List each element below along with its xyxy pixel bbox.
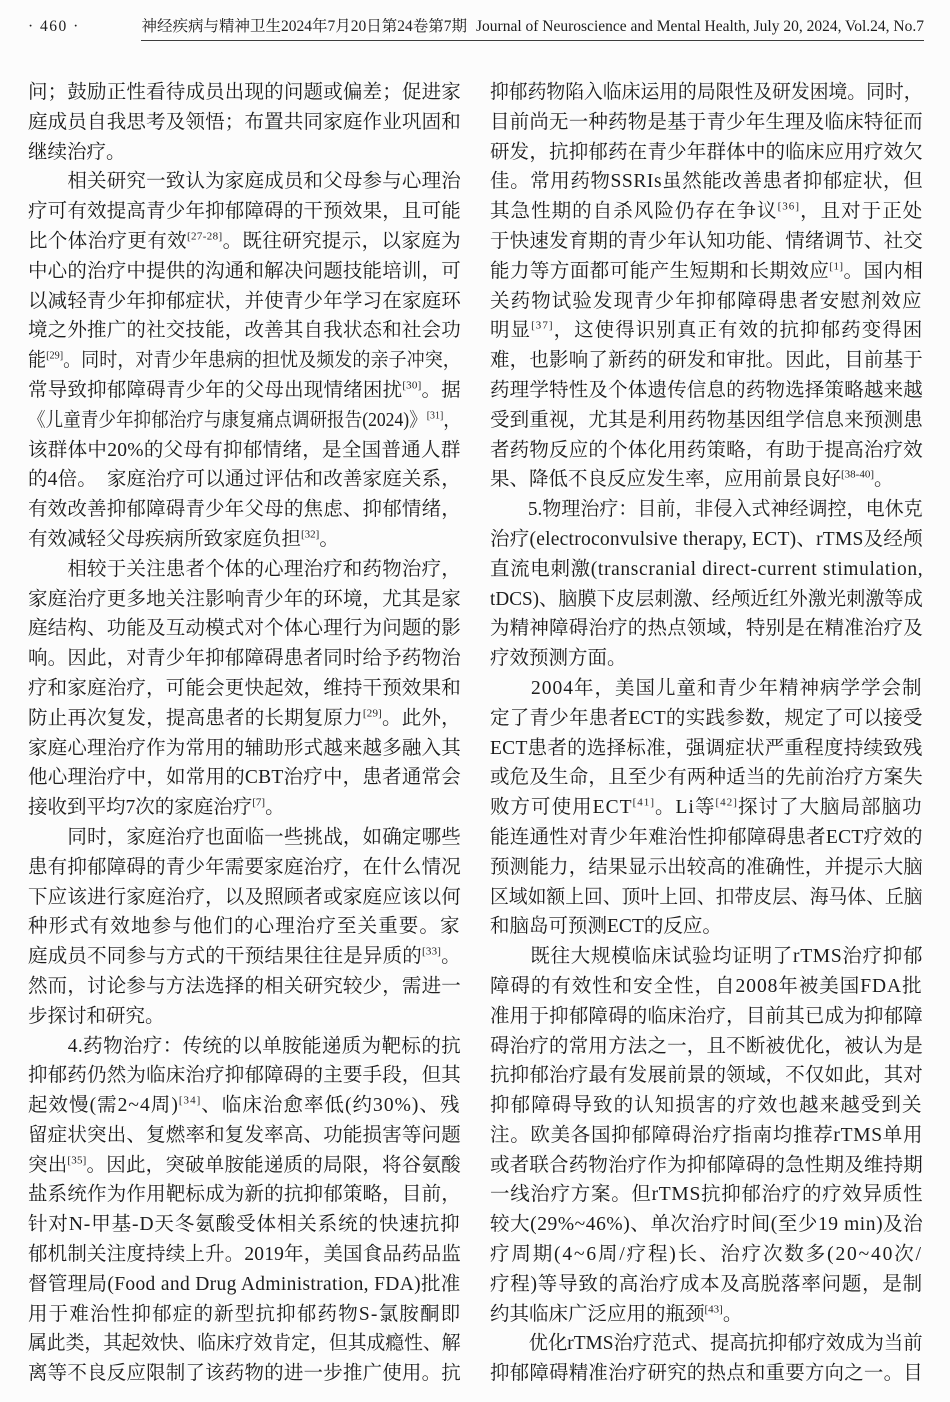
text-line: 接收到平均7次的家庭治疗[7]。 <box>28 793 461 823</box>
text-line: 一线治疗方案。但rTMS抗抑郁治疗的疗效异质性 <box>490 1180 923 1210</box>
text-line: 防止再次复发，提高患者的长期复原力[29]。此外， <box>28 704 461 734</box>
text-line: 难，也影响了新药的研发和审批。因此，目前基于 <box>490 346 923 376</box>
text-line: 相关研究一致认为家庭成员和父母参与心理治 <box>28 167 461 197</box>
text-line: ECT患者的选择标准，强调症状严重程度持续致残 <box>490 734 923 764</box>
text-line: 者药物反应的个体化用药策略，有助于提高治疗效 <box>490 436 923 466</box>
text-line: 步探讨和研究。 <box>28 1002 461 1032</box>
text-line: 其急性期的自杀风险仍存在争议[36]，且对于正处 <box>490 197 923 227</box>
journal-title-en: Journal of Neuroscience and Mental Healt… <box>476 18 924 35</box>
text-line: 常导致抑郁障碍青少年的父母出现情绪困扰[30]。据 <box>28 376 461 406</box>
text-line: 定了青少年患者ECT的实践参数，规定了可以接受 <box>490 704 923 734</box>
text-line: 于快速发育期的青少年认知功能、情绪调节、社交 <box>490 227 923 257</box>
text-line: 《儿童青少年抑郁治疗与康复痛点调研报告(2024)》[31]， <box>28 406 461 436</box>
text-line: 响。因此，对青少年抑郁障碍患者同时给予药物治 <box>28 644 461 674</box>
text-line: 针对N-甲基-D天冬氨酸受体相关系统的快速抗抑 <box>28 1210 461 1240</box>
text-line: 预测能力，结果显示出较高的准确性，并提示大脑 <box>490 853 923 883</box>
text-line: 优化rTMS治疗范式、提高抗抑郁疗效成为当前 <box>490 1329 923 1359</box>
text-line: 直流电刺激(transcranial direct-current stimul… <box>490 555 923 585</box>
text-line: 或者联合药物治疗作为抑郁障碍的急性期及维持期 <box>490 1151 923 1181</box>
text-line: 能[29]。同时，对青少年患病的担忧及频发的亲子冲突， <box>28 346 461 376</box>
text-line: 区域如额上回、顶叶上回、扣带皮层、海马体、丘脑 <box>490 883 923 913</box>
text-line: 能力等方面都可能产生短期和长期效应[1]。国内相 <box>490 257 923 287</box>
text-line: 属此类，其起效快、临床疗效肯定，但其成瘾性、解 <box>28 1329 461 1359</box>
text-line: 疗程)等导致的高治疗成本及高脱落率问题，是制 <box>490 1270 923 1300</box>
text-line: 下应该进行家庭治疗，以及照顾者或家庭应该以何 <box>28 883 461 913</box>
text-line: tDCS)、脑膜下皮层刺激、经颅近红外激光刺激等成 <box>490 585 923 615</box>
text-line: 碍治疗的常用方法之一，且不断被优化，被认为是 <box>490 1032 923 1062</box>
text-line: 有效改善抑郁障碍青少年父母的焦虑、抑郁情绪， <box>28 495 461 525</box>
text-line: 抑郁药物陷入临床运用的局限性及研发困境。同时， <box>490 78 923 108</box>
text-line: 5.物理治疗：目前，非侵入式神经调控，电休克 <box>490 495 923 525</box>
text-line: 离等不良反应限制了该药物的进一步推广使用。抗 <box>28 1359 461 1389</box>
text-line: 疗可有效提高青少年抑郁障碍的干预效果，且可能 <box>28 197 461 227</box>
text-line: 盐系统作为作用靶标成为新的抗抑郁策略，目前， <box>28 1180 461 1210</box>
text-line: 留症状突出、复燃率和复发率高、功能损害等问题 <box>28 1121 461 1151</box>
text-line: 问；鼓励正性看待成员出现的问题或偏差；促进家 <box>28 78 461 108</box>
text-line: 突出[35]。因此，突破单胺能递质的局限，将谷氨酸 <box>28 1151 461 1181</box>
text-line: 境之外推广的社交技能，改善其自我状态和社会功 <box>28 316 461 346</box>
text-line: 既往大规模临床试验均证明了rTMS治疗抑郁 <box>490 942 923 972</box>
text-line: 目前尚无一种药物是基于青少年生理及临床特征而 <box>490 108 923 138</box>
text-line: 比个体治疗更有效[27-28]。既往研究提示，以家庭为 <box>28 227 461 257</box>
text-line: 较大(29%~46%)、单次治疗时间(至少19 min)及治 <box>490 1210 923 1240</box>
text-line: 2004年，美国儿童和青少年精神病学学会制 <box>490 674 923 704</box>
text-line: 抑郁障碍精准治疗研究的热点和重要方向之一。目 <box>490 1359 923 1389</box>
text-line: 抑郁药仍然为临床治疗抑郁障碍的主要手段，但其 <box>28 1061 461 1091</box>
text-line: 受到重视，尤其是利用药物基因组学信息来预测患 <box>490 406 923 436</box>
text-line: 起效慢(需2~4周)[34]、临床治愈率低(约30%)、残 <box>28 1091 461 1121</box>
text-line: 庭成员自我思考及领悟；布置共同家庭作业巩固和 <box>28 108 461 138</box>
text-line: 败方可使用ECT[41]。Li等[42]探讨了大脑局部脑功 <box>490 793 923 823</box>
text-line: 该群体中20%的父母有抑郁情绪，是全国普通人群 <box>28 436 461 466</box>
text-line: 家庭心理治疗作为常用的辅助形式越来越多融入其 <box>28 734 461 764</box>
text-line: 以减轻青少年抑郁症状，并使青少年学习在家庭环 <box>28 287 461 317</box>
journal-page: · 460 · 神经疾病与精神卫生2024年7月20日第24卷第7期Journa… <box>0 0 950 1402</box>
text-line: 约其临床广泛应用的瓶颈[43]。 <box>490 1300 923 1330</box>
text-line: 明显[37]，这使得识别真正有效的抗抑郁药变得困 <box>490 316 923 346</box>
text-line: 庭结构、功能及互动模式对个体心理行为问题的影 <box>28 614 461 644</box>
text-line: 佳。常用药物SSRIs虽然能改善患者抑郁症状，但 <box>490 167 923 197</box>
article-body: 问；鼓励正性看待成员出现的问题或偏差；促进家庭成员自我思考及领悟；布置共同家庭作… <box>28 78 923 1389</box>
page-header: · 460 · 神经疾病与精神卫生2024年7月20日第24卷第7期Journa… <box>28 14 924 41</box>
text-line: 用于难治性抑郁症的新型抗抑郁药物S-氯胺酮即 <box>28 1300 461 1330</box>
text-line: 郁机制关注度持续上升。2019年，美国食品药品监 <box>28 1240 461 1270</box>
text-line: 继续治疗。 <box>28 138 461 168</box>
text-line: 准用于抑郁障碍的临床治疗，目前其已成为抑郁障 <box>490 1002 923 1032</box>
text-line: 同时，家庭治疗也面临一些挑战，如确定哪些 <box>28 823 461 853</box>
text-line: 然而，讨论参与方法选择的相关研究较少，需进一 <box>28 972 461 1002</box>
text-line: 能连通性对青少年难治性抑郁障碍患者ECT疗效的 <box>490 823 923 853</box>
text-line: 种形式有效地参与他们的心理治疗至关重要。家 <box>28 912 461 942</box>
text-line: 药理学特性及个体遗传信息的药物选择策略越来越 <box>490 376 923 406</box>
text-line: 他心理治疗中，如常用的CBT治疗中，患者通常会 <box>28 763 461 793</box>
text-line: 的4倍。 家庭治疗可以通过评估和改善家庭关系， <box>28 465 461 495</box>
text-line: 有效减轻父母疾病所致家庭负担[32]。 <box>28 525 461 555</box>
left-column: 问；鼓励正性看待成员出现的问题或偏差；促进家庭成员自我思考及领悟；布置共同家庭作… <box>28 78 461 1389</box>
text-line: 关药物试验发现青少年抑郁障碍患者安慰剂效应 <box>490 287 923 317</box>
text-line: 障碍的有效性和安全性，自2008年被美国FDA批 <box>490 972 923 1002</box>
text-line: 疗和家庭治疗，可能会更快起效，维持干预效果和 <box>28 674 461 704</box>
text-line: 治疗(electroconvulsive therapy, ECT)、rTMS及… <box>490 525 923 555</box>
text-line: 督管理局(Food and Drug Administration, FDA)批… <box>28 1270 461 1300</box>
text-line: 疗周期(4~6周/疗程)长、治疗次数多(20~40次/ <box>490 1240 923 1270</box>
text-line: 中心的治疗中提供的沟通和解决问题技能培训，可 <box>28 257 461 287</box>
text-line: 和脑岛可预测ECT的反应。 <box>490 912 923 942</box>
text-line: 庭成员不同参与方式的干预结果往往是异质的[33]。 <box>28 942 461 972</box>
text-line: 疗效预测方面。 <box>490 644 923 674</box>
right-column: 抑郁药物陷入临床运用的局限性及研发困境。同时，目前尚无一种药物是基于青少年生理及… <box>490 78 923 1389</box>
journal-title: 神经疾病与精神卫生2024年7月20日第24卷第7期Journal of Neu… <box>141 14 924 41</box>
text-line: 果、降低不良反应发生率，应用前景良好[38-40]。 <box>490 465 923 495</box>
text-line: 为精神障碍治疗的热点领域，特别是在精准治疗及 <box>490 614 923 644</box>
page-number: · 460 · <box>28 18 80 36</box>
text-line: 研发，抗抑郁药在青少年群体中的临床应用疗效欠 <box>490 138 923 168</box>
text-line: 相较于关注患者个体的心理治疗和药物治疗， <box>28 555 461 585</box>
text-line: 患有抑郁障碍的青少年需要家庭治疗，在什么情况 <box>28 853 461 883</box>
text-line: 或危及生命，且至少有两种适当的先前治疗方案失 <box>490 763 923 793</box>
text-line: 注。欧美各国抑郁障碍治疗指南均推荐rTMS单用 <box>490 1121 923 1151</box>
text-line: 家庭治疗更多地关注影响青少年的环境，尤其是家 <box>28 585 461 615</box>
journal-title-cn: 神经疾病与精神卫生2024年7月20日第24卷第7期 <box>141 18 467 35</box>
text-line: 4.药物治疗：传统的以单胺能递质为靶标的抗 <box>28 1032 461 1062</box>
text-line: 抑郁障碍导致的认知损害的疗效也越来越受到关 <box>490 1091 923 1121</box>
text-line: 抗抑郁治疗最有发展前景的领域，不仅如此，其对 <box>490 1061 923 1091</box>
